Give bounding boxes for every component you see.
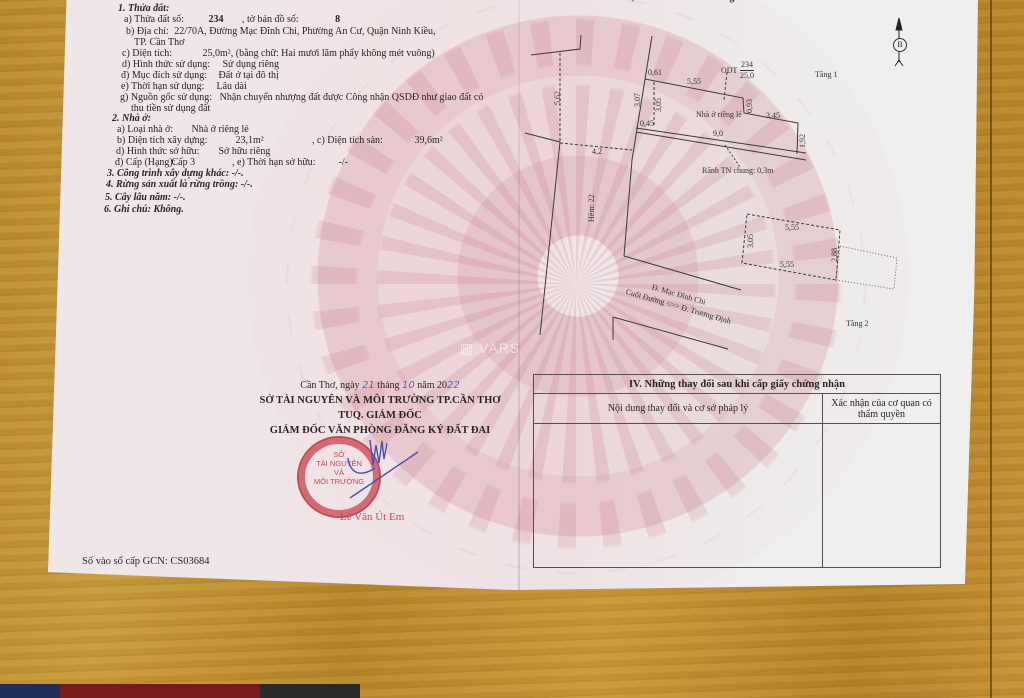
place-date-prefix: Cần Thơ, ngày bbox=[300, 380, 359, 391]
month-label: tháng bbox=[377, 380, 399, 391]
issue-day: 21 bbox=[362, 380, 375, 391]
signature-block: Cần Thơ, ngày 21 tháng 10 năm 2022 SỞ TÀ… bbox=[230, 378, 530, 438]
north-label: B bbox=[893, 38, 907, 52]
signer-name: Lê Văn Út Em bbox=[340, 511, 404, 523]
dim-3-45: 3,45 bbox=[766, 111, 780, 120]
floor1-label: Tầng 1 bbox=[815, 70, 837, 79]
office-title: GIÁM ĐỐC VĂN PHÒNG ĐĂNG KÝ ĐẤT ĐAI bbox=[230, 423, 530, 438]
changes-col-content-header: Nội dung thay đổi và cơ sở pháp lý bbox=[534, 394, 823, 424]
dim-5-55-top: 5,55 bbox=[687, 77, 701, 86]
issuing-org: SỞ TÀI NGUYÊN VÀ MÔI TRƯỜNG TP.CẦN THƠ bbox=[230, 393, 530, 408]
house-label: Nhà ở riêng lẻ bbox=[696, 110, 742, 119]
dim-0-61: 0,61 bbox=[648, 68, 662, 77]
dim-0-45: 0,45 bbox=[640, 119, 654, 128]
ditch-label: Rãnh TN chung: 0,3m bbox=[702, 166, 773, 175]
authorization-line: TUQ. GIÁM ĐỐC bbox=[230, 408, 530, 423]
dim-9-0: 9,0 bbox=[713, 129, 723, 138]
handwritten-signature bbox=[330, 438, 430, 508]
changes-table: IV. Những thay đổi sau khi cấp giấy chứn… bbox=[533, 374, 941, 568]
floor2-label: Tầng 2 bbox=[846, 319, 868, 328]
dim-3-05: 3,05 bbox=[654, 98, 663, 112]
dim-4-2: 4,2 bbox=[592, 147, 602, 156]
parcel-code: ODT bbox=[721, 66, 737, 75]
floor2-dim-bottom: 5,55 bbox=[780, 260, 794, 269]
watermark-logo: ▥ VARS bbox=[460, 340, 520, 357]
parcel-number-fraction: 234 bbox=[741, 60, 753, 69]
floor2-dim-right: 2,88 bbox=[830, 248, 839, 262]
place-date-line: Cần Thơ, ngày 21 tháng 10 năm 2022 bbox=[230, 378, 530, 393]
changes-col-confirmation-header: Xác nhận của cơ quan có thẩm quyền bbox=[823, 394, 941, 424]
changes-table-title: IV. Những thay đổi sau khi cấp giấy chứn… bbox=[534, 375, 941, 394]
dim-1-92: 1,92 bbox=[798, 134, 807, 148]
floor2-dim-top: 5,55 bbox=[785, 223, 799, 232]
dim-0-93: 0,93 bbox=[745, 99, 754, 113]
dim-3-07: 3,07 bbox=[633, 93, 642, 107]
dim-5-62: 5,62 bbox=[553, 91, 562, 105]
changes-content-cell bbox=[534, 424, 823, 568]
issue-month: 10 bbox=[402, 380, 415, 391]
north-arrow-icon: B bbox=[890, 22, 910, 66]
year-label: năm 20 bbox=[417, 380, 447, 391]
parcel-area-fraction: 25,0 bbox=[740, 71, 754, 80]
registration-number: Số vào sổ cấp GCN: CS03684 bbox=[82, 556, 209, 567]
floor2-dim-left: 3,05 bbox=[746, 234, 755, 248]
changes-confirmation-cell bbox=[823, 424, 941, 568]
alley-label: Hẻm: 22 bbox=[587, 194, 596, 222]
issue-year: 22 bbox=[447, 380, 460, 391]
